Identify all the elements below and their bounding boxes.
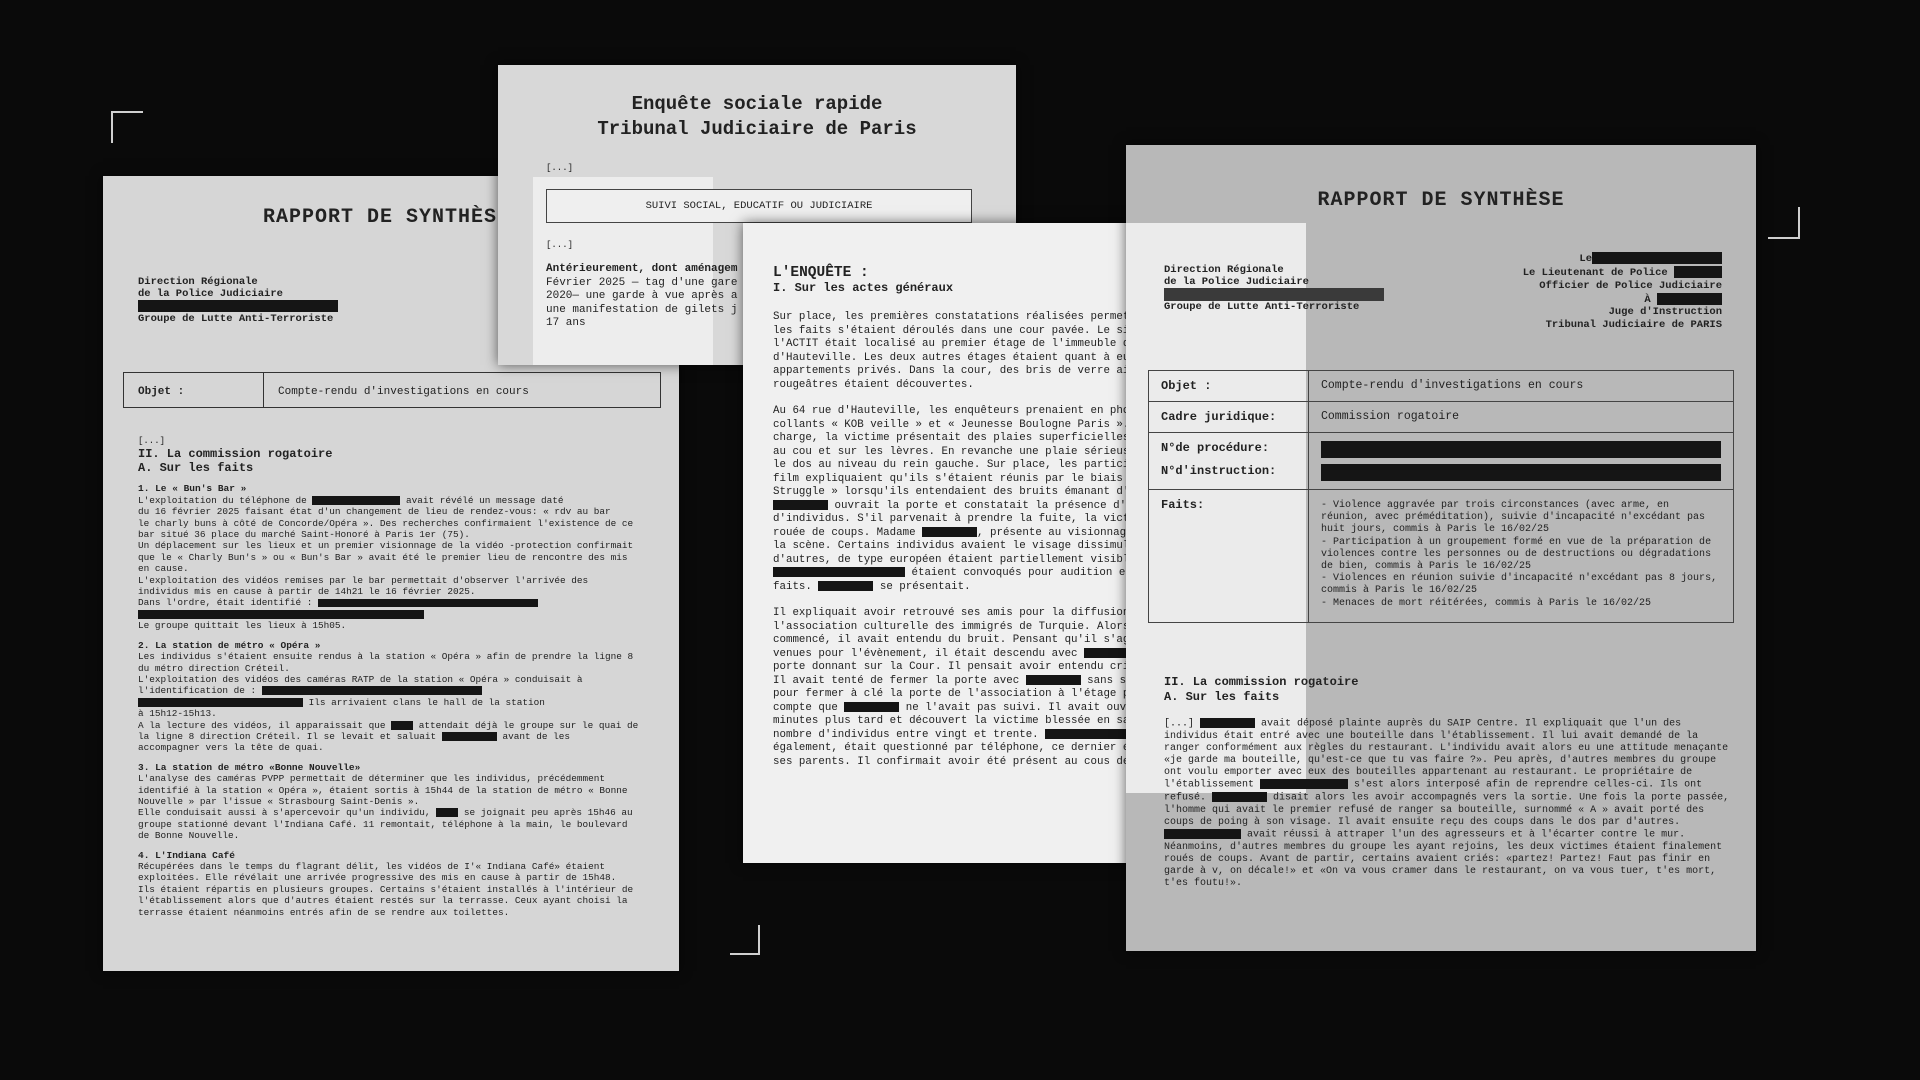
item-heading: 4. L'Indiana Café: [138, 850, 658, 861]
item-heading: 3. La station de métro «Bonne Nouvelle»: [138, 762, 658, 773]
text-line: [138, 609, 658, 620]
text-line: L'exploitation du téléphone de avait rév…: [138, 495, 658, 506]
header-line: Direction Régionale: [138, 276, 338, 288]
redaction: [262, 686, 482, 695]
redaction: [1260, 779, 1348, 789]
text-line: Un déplacement sur les lieux et un premi…: [138, 540, 658, 551]
objet-row: Objet : Compte-rendu d'investigations en…: [123, 372, 661, 408]
header-line: Le: [1579, 253, 1592, 265]
redaction: [138, 610, 424, 619]
heading: L'ENQUÊTE :: [773, 265, 953, 281]
table-row: Objet :Compte-rendu d'investigations en …: [1149, 371, 1734, 402]
header-left: Direction Régionale de la Police Judicia…: [138, 276, 338, 325]
text-line: le charly buns à côté de Concorde/Opéra …: [138, 518, 658, 529]
text-line: exploitées. Elle révélait une arrivée pr…: [138, 872, 658, 883]
section-box: SUIVI SOCIAL, EDUCATIF OU JUDICIAIRE: [546, 189, 972, 223]
text-line: Dans l'ordre, était identifié :: [138, 597, 658, 608]
row-value: [1309, 433, 1734, 490]
text-line: Les individus s'étaient ensuite rendus à…: [138, 651, 658, 662]
ellipsis: [...]: [546, 240, 573, 250]
objet-label: Objet :: [124, 373, 264, 407]
text-line: A la lecture des vidéos, il apparaissait…: [138, 720, 658, 731]
row-label: Faits:: [1149, 490, 1309, 623]
title-line: Enquête sociale rapide: [498, 92, 1016, 117]
redaction: [1212, 792, 1267, 802]
text-line: de Bonne Nouvelle.: [138, 830, 658, 841]
row-value: Commission rogatoire: [1309, 402, 1734, 433]
redaction: [773, 500, 828, 510]
text-line: accompagner vers la tête de quai.: [138, 742, 658, 753]
text-line: Ils arrivaient clans le hall de la stati…: [138, 697, 658, 708]
text-line: terrasse étaient néanmoins entrés afin d…: [138, 907, 658, 918]
row-label: Objet :: [1149, 371, 1309, 402]
text-line: identifié à la station « Opéra », étaien…: [138, 785, 658, 796]
text-line: que le « Charly Bun's » ou « Bun's Bar »…: [138, 552, 658, 563]
text-line: la ligne 8 direction Créteil. Il se leva…: [138, 731, 658, 742]
header-line: de la Police Judiciaire: [1164, 276, 1384, 288]
header-line: Groupe de Lutte Anti-Terroriste: [1164, 301, 1384, 313]
item-heading: 2. La station de métro « Opéra »: [138, 640, 658, 651]
text-line: bar situé 36 place du marché Saint-Honor…: [138, 529, 658, 540]
objet-value: Compte-rendu d'investigations en cours: [264, 373, 543, 407]
row-label: N°de procédure: N°d'instruction:: [1149, 433, 1309, 490]
document-rapport-synthese-right: RAPPORT DE SYNTHÈSE Direction Régionale …: [1126, 145, 1756, 951]
text-line: Elle conduisait aussi à s'apercevoir qu'…: [138, 807, 658, 818]
table-row: Cadre juridique:Commission rogatoire: [1149, 402, 1734, 433]
text-line: en cause.: [138, 563, 658, 574]
redaction: [391, 721, 413, 730]
redaction: [312, 496, 400, 505]
redaction: [1592, 252, 1722, 264]
row-label: Cadre juridique:: [1149, 402, 1309, 433]
text-line: à 15h12-15h13.: [138, 708, 658, 719]
redaction: [1321, 464, 1721, 481]
redaction: [1164, 829, 1241, 839]
redaction: [922, 527, 977, 537]
title-line: Tribunal Judiciaire de Paris: [498, 117, 1016, 142]
redaction: [138, 698, 303, 707]
text-line: Nouvelle » par l'issue « Strasbourg Sain…: [138, 796, 658, 807]
crop-mark-top-right: [1768, 207, 1800, 239]
redaction: [1674, 266, 1722, 278]
subsection-heading: A. Sur les faits: [138, 461, 658, 475]
header-line: Groupe de Lutte Anti-Terroriste: [138, 313, 338, 325]
subheading: I. Sur les actes généraux: [773, 281, 953, 295]
redaction: [818, 581, 873, 591]
redaction: [844, 702, 899, 712]
redaction: [1200, 718, 1255, 728]
page-title: RAPPORT DE SYNTHÈSE: [1126, 189, 1756, 212]
section-heading: II. La commission rogatoire: [138, 447, 658, 461]
redaction: [138, 300, 338, 312]
redaction: [1026, 675, 1081, 685]
header-line: Tribunal Judiciaire de PARIS: [1523, 319, 1722, 332]
text-line: L'exploitation des vidéos des caméras RA…: [138, 674, 658, 685]
page-title: Enquête sociale rapide Tribunal Judiciai…: [498, 92, 1016, 142]
text-line: du 16 février 2025 faisant état d'un cha…: [138, 506, 658, 517]
text-line: Récupérées dans le temps du flagrant dél…: [138, 861, 658, 872]
text-line: groupe stationné devant l'Indiana Café. …: [138, 819, 658, 830]
text-line: L'exploitation des vidéos remises par le…: [138, 575, 658, 586]
faits-value: - Violence aggravée par trois circonstan…: [1309, 490, 1734, 623]
section-title: II. La commission rogatoire: [1164, 675, 1358, 690]
text-line: Ils étaient répartis en plusieurs groupe…: [138, 884, 658, 895]
header-line: Le Lieutenant de Police: [1523, 267, 1668, 279]
redaction: [1321, 441, 1721, 458]
instruction-label: N°d'instruction:: [1161, 464, 1296, 478]
section-heading: II. La commission rogatoire A. Sur les f…: [1164, 675, 1358, 705]
crop-mark-bottom: [730, 925, 760, 955]
text-line: du métro direction Créteil.: [138, 663, 658, 674]
header-line: Officier de Police Judiciaire: [1523, 280, 1722, 293]
text-line: individus mis en cause à partir de 14h21…: [138, 586, 658, 597]
header-line: Juge d'Instruction: [1523, 306, 1722, 319]
items-list: 1. Le « Bun's Bar »L'exploitation du tél…: [138, 483, 658, 918]
redaction: [1657, 293, 1722, 305]
header-line: Direction Régionale: [1164, 264, 1384, 276]
table-row: N°de procédure: N°d'instruction:: [1149, 433, 1734, 490]
redaction: [318, 599, 538, 608]
table-row: Faits:- Violence aggravée par trois circ…: [1149, 490, 1734, 623]
redaction: [1164, 288, 1384, 301]
crop-mark-top-left: [111, 111, 143, 143]
text-line: l'établissement alors que d'autres étaie…: [138, 895, 658, 906]
ellipsis: [...]: [546, 163, 573, 173]
procedure-label: N°de procédure:: [1161, 441, 1296, 455]
redaction: [436, 808, 458, 817]
header-line: À: [1644, 293, 1650, 305]
paragraph: [...] avait déposé plainte auprès du SAI…: [1164, 718, 1736, 890]
text-line: Le groupe quittait les lieux à 15h05.: [138, 620, 658, 631]
header-left: Direction Régionale de la Police Judicia…: [1164, 264, 1384, 313]
subsection-title: A. Sur les faits: [1164, 690, 1358, 705]
text-line: l'identification de :: [138, 685, 658, 696]
enquete-heading: L'ENQUÊTE : I. Sur les actes généraux: [773, 265, 953, 295]
ellipsis: [...]: [138, 436, 658, 447]
item-heading: 1. Le « Bun's Bar »: [138, 483, 658, 494]
header-line: de la Police Judiciaire: [138, 288, 338, 300]
row-value: Compte-rendu d'investigations en cours: [1309, 371, 1734, 402]
redaction: [773, 567, 905, 577]
document-body: [...] II. La commission rogatoire A. Sur…: [138, 436, 658, 918]
redaction: [442, 732, 497, 741]
info-table: Objet :Compte-rendu d'investigations en …: [1148, 370, 1734, 623]
header-right: Le Le Lieutenant de Police Officier de P…: [1523, 252, 1722, 332]
text-line: L'analyse des caméras PVPP permettait de…: [138, 773, 658, 784]
document-body: [...] avait déposé plainte auprès du SAI…: [1164, 718, 1736, 890]
